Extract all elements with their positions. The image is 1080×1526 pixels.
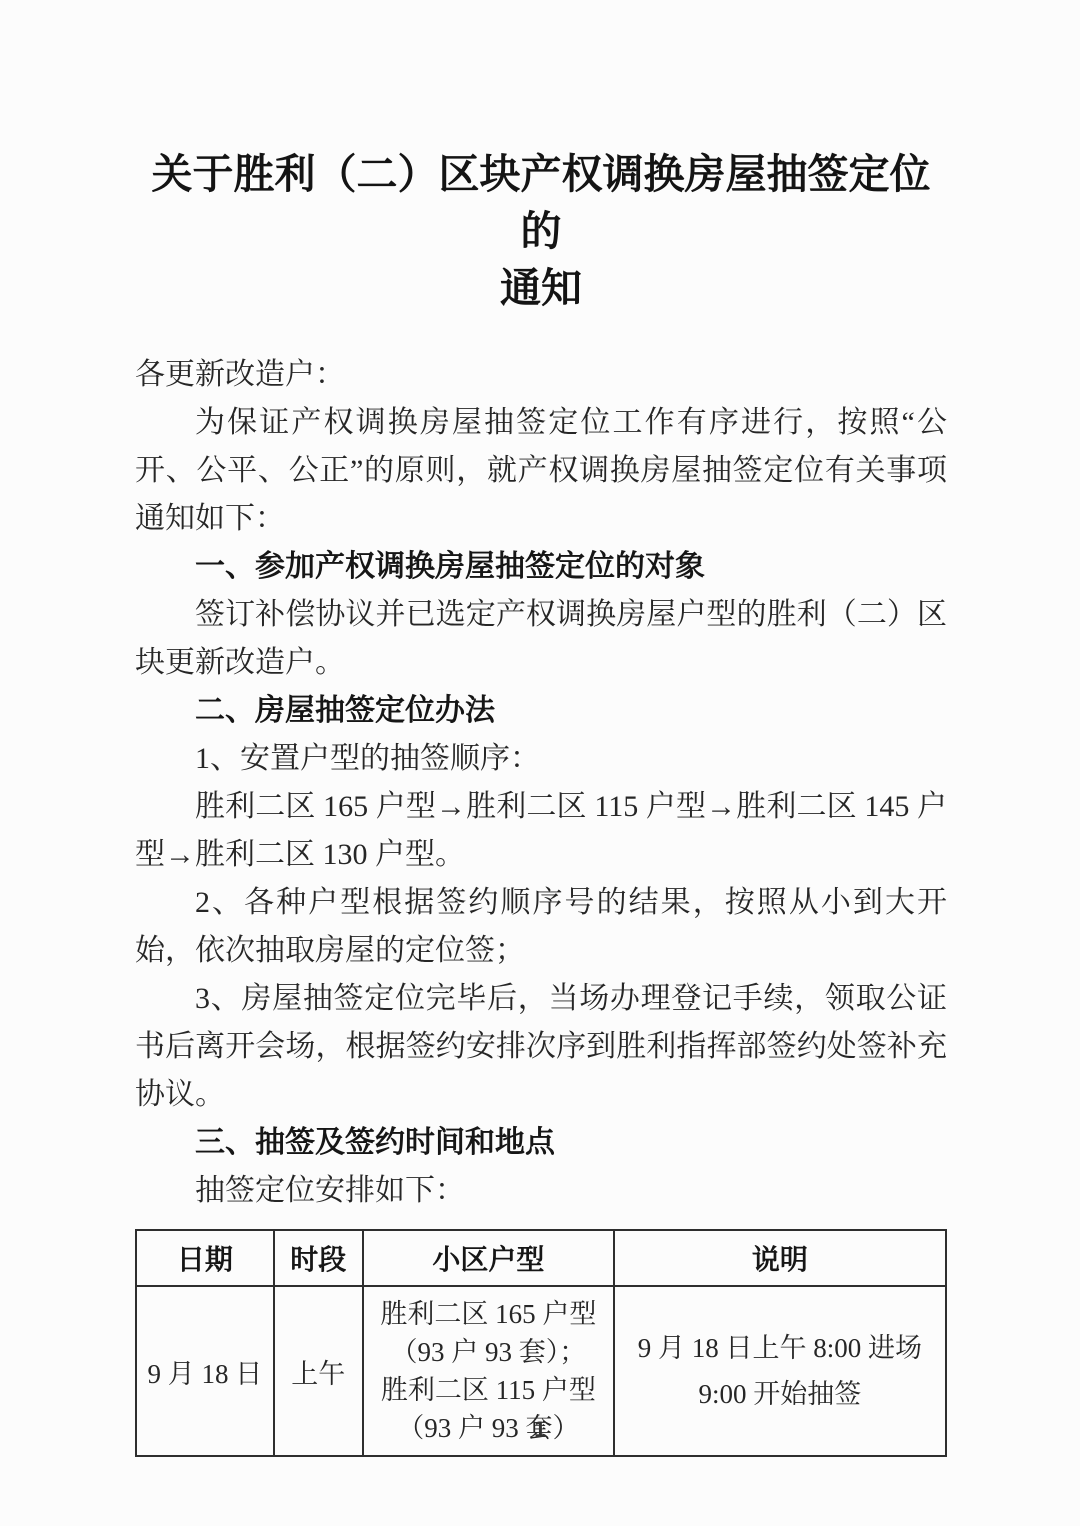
section-1-heading: 一、参加产权调换房屋抽签定位的对象 xyxy=(135,543,947,591)
page-number: 1 xyxy=(0,1418,1080,1442)
paragraph-intro: 为保证产权调换房屋抽签定位工作有序进行，按照“公开、公平、公正”的原则，就产权调… xyxy=(135,399,947,543)
section-3-heading: 三、抽签及签约时间和地点 xyxy=(135,1119,947,1167)
paragraph-method-2: 2、各种户型根据签约顺序号的结果，按照从小到大开始，依次抽取房屋的定位签； xyxy=(135,879,947,975)
title-line-1: 关于胜利（二）区块产权调换房屋抽签定位的 xyxy=(135,146,947,260)
document-content: 关于胜利（二）区块产权调换房屋抽签定位的 通知 各更新改造户： 为保证产权调换房… xyxy=(135,146,947,1457)
unit-type-line-3: 胜利二区 115 户型 xyxy=(368,1371,609,1409)
unit-type-line-1: 胜利二区 165 户型 xyxy=(368,1295,609,1333)
table-header-unit-type: 小区户型 xyxy=(363,1230,614,1286)
paragraph-schedule-intro: 抽签定位安排如下： xyxy=(135,1167,947,1215)
paragraph-section-1-body: 签订补偿协议并已选定产权调换房屋户型的胜利（二）区块更新改造户。 xyxy=(135,591,947,687)
table-header-date: 日期 xyxy=(136,1230,274,1286)
table-header-note: 说明 xyxy=(614,1230,946,1286)
document-page: 关于胜利（二）区块产权调换房屋抽签定位的 通知 各更新改造户： 为保证产权调换房… xyxy=(0,0,1080,1526)
salutation: 各更新改造户： xyxy=(135,351,947,399)
page-title: 关于胜利（二）区块产权调换房屋抽签定位的 通知 xyxy=(135,146,947,317)
note-line-2: 9:00 开始抽签 xyxy=(619,1371,941,1417)
paragraph-lottery-order-sequence: 胜利二区 165 户型→胜利二区 115 户型→胜利二区 145 户型→胜利二区… xyxy=(135,783,947,879)
paragraph-method-3: 3、房屋抽签定位完毕后，当场办理登记手续，领取公证书后离开会场，根据签约安排次序… xyxy=(135,975,947,1119)
unit-type-line-2: （93 户 93 套）； xyxy=(368,1333,609,1371)
table-header-period: 时段 xyxy=(274,1230,363,1286)
section-2-heading: 二、房屋抽签定位办法 xyxy=(135,687,947,735)
note-line-1: 9 月 18 日上午 8:00 进场 xyxy=(619,1325,941,1371)
paragraph-lottery-order-label: 1、安置户型的抽签顺序： xyxy=(135,735,947,783)
table-header-row: 日期 时段 小区户型 说明 xyxy=(136,1230,946,1286)
title-line-2: 通知 xyxy=(135,260,947,317)
